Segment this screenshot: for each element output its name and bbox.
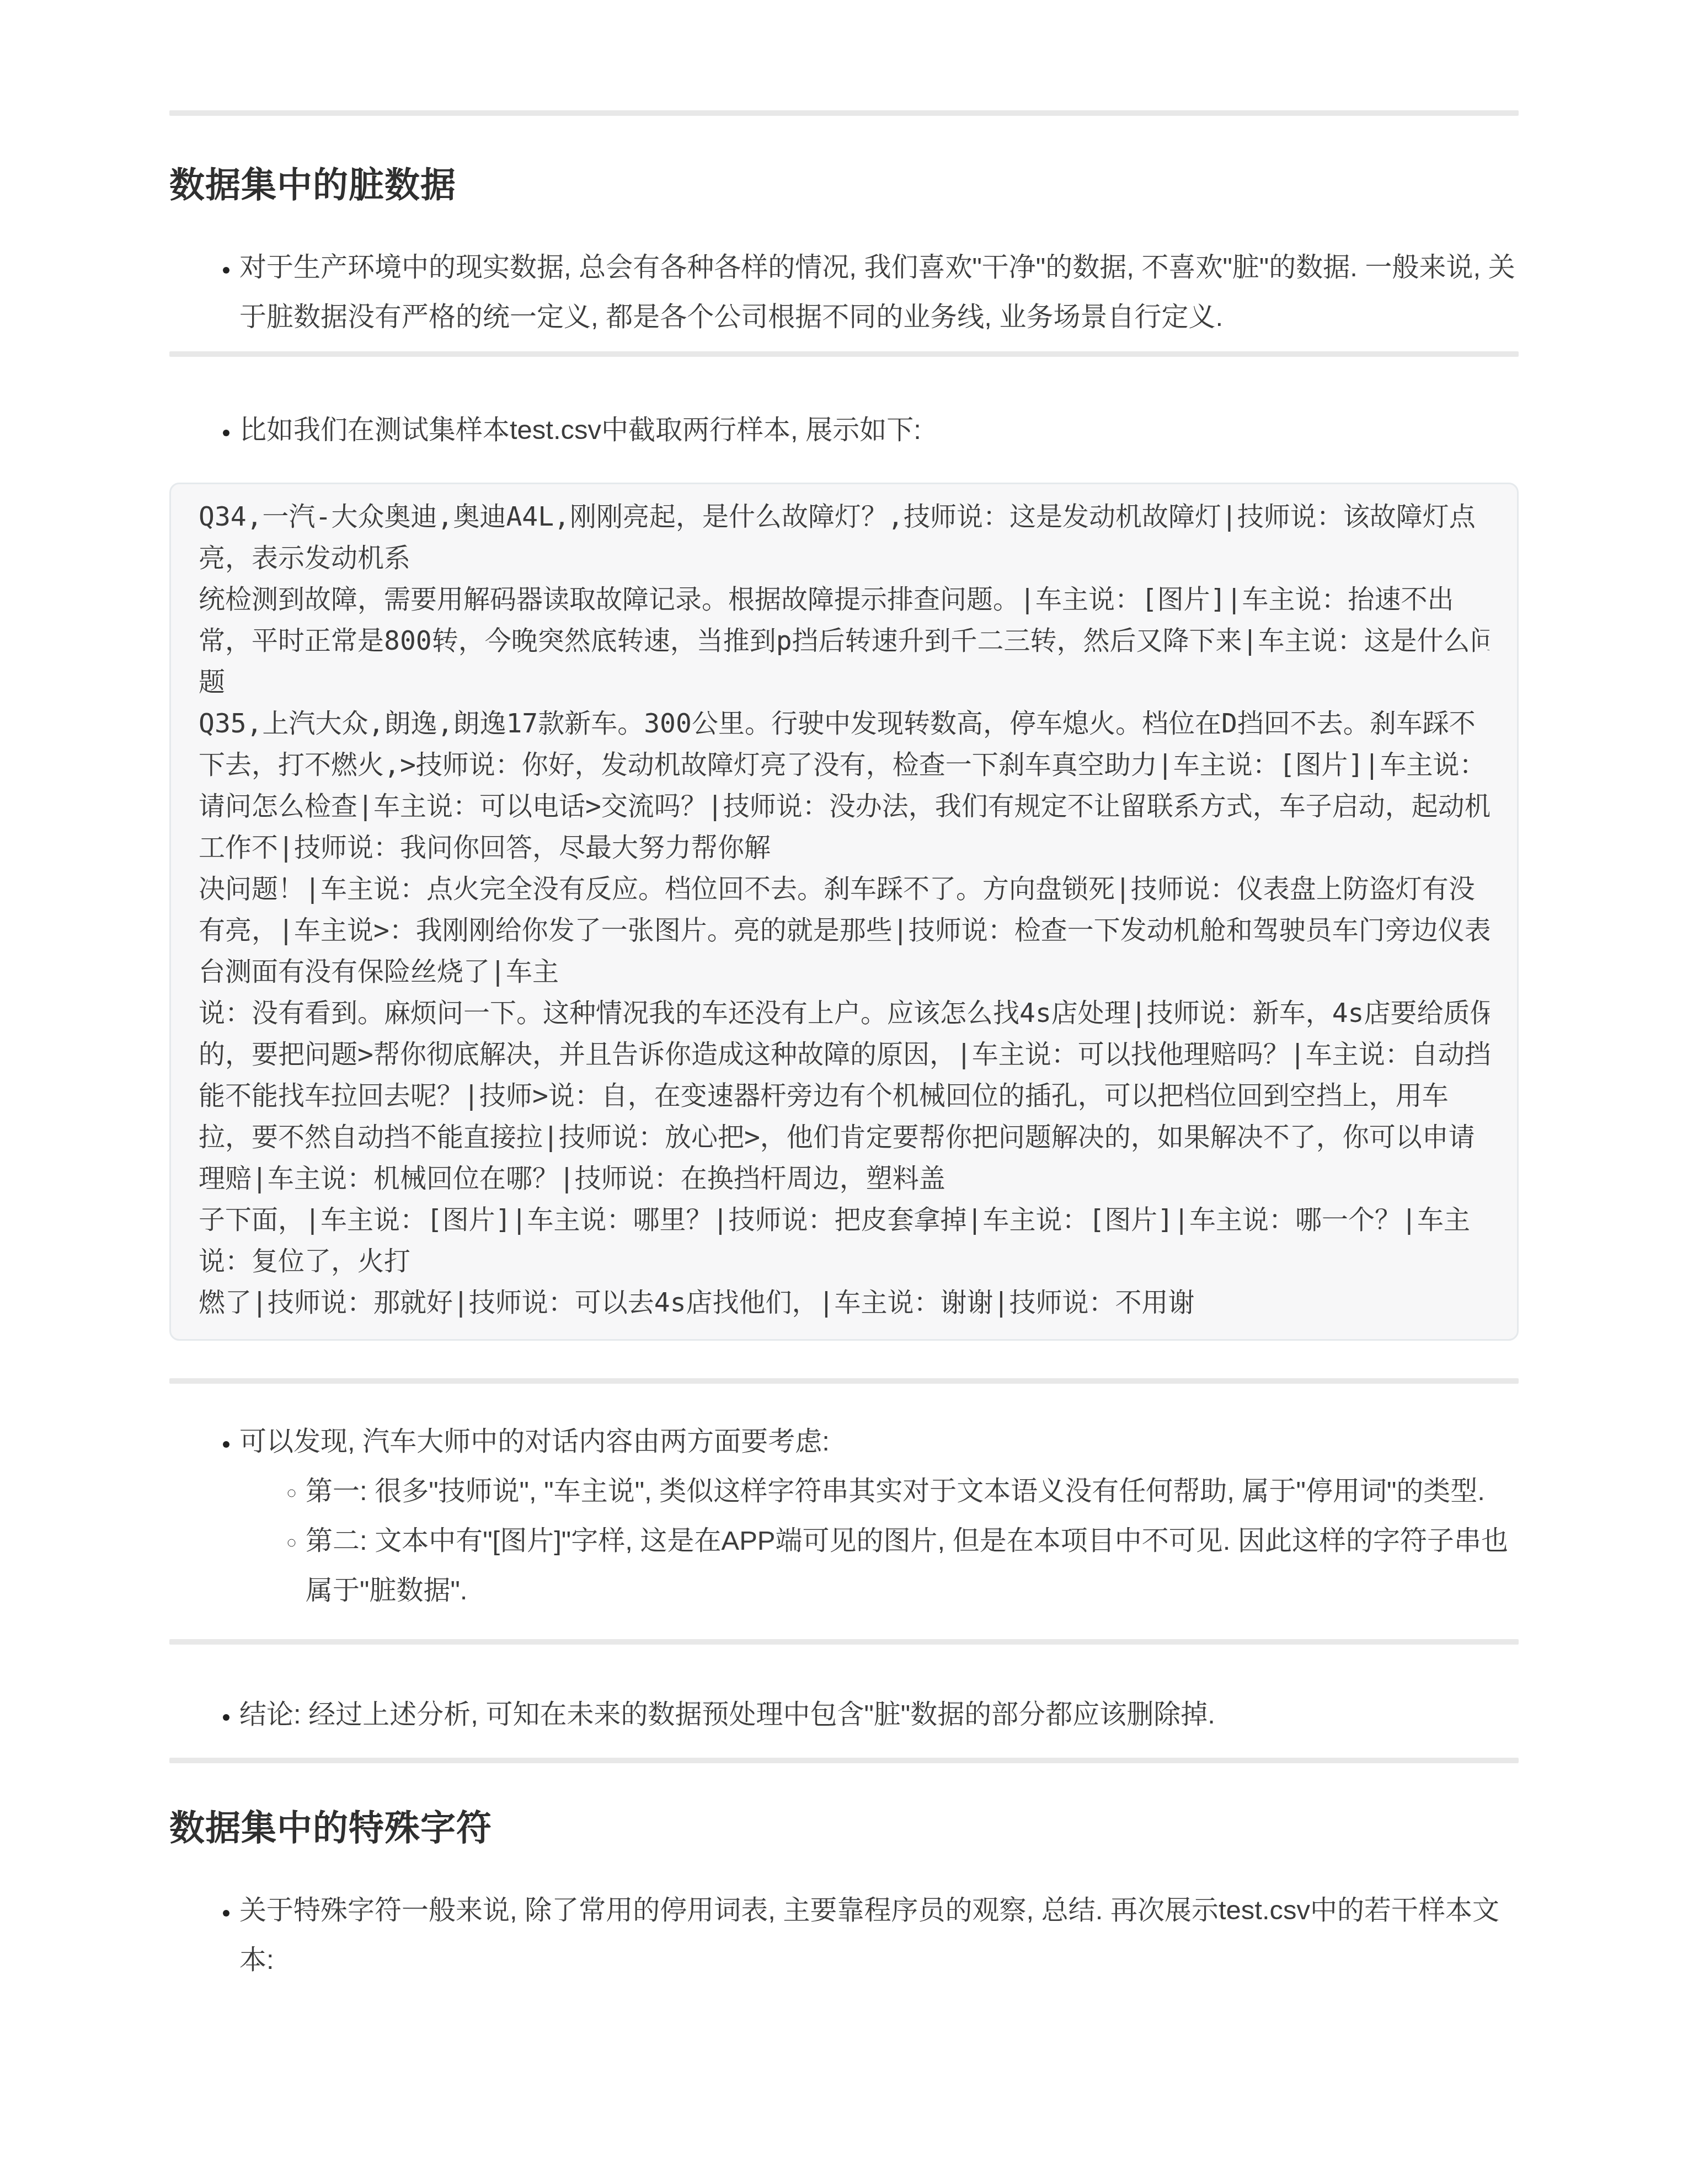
bullet-item-sample-intro: 比如我们在测试集样本test.csv中截取两行样本, 展示如下: bbox=[239, 405, 1519, 455]
bullet-list-special: 关于特殊字符一般来说, 除了常用的停用词表, 主要靠程序员的观察, 总结. 再次… bbox=[169, 1886, 1519, 1985]
bullet-list-observation: 可以发现, 汽车大师中的对话内容由两方面要考虑: 第一: 很多"技师说", "车… bbox=[169, 1417, 1519, 1615]
sub-bullet-item-second: 第二: 文本中有"[图片]"字样, 这是在APP端可见的图片, 但是在本项目中不… bbox=[306, 1516, 1519, 1615]
document-page: 数据集中的脏数据 对于生产环境中的现实数据, 总会有各种各样的情况, 我们喜欢"… bbox=[0, 0, 1688, 2184]
sub-bullet-list: 第一: 很多"技师说", "车主说", 类似这样字符串其实对于文本语义没有任何帮… bbox=[239, 1466, 1519, 1615]
document-content: 数据集中的脏数据 对于生产环境中的现实数据, 总会有各种各样的情况, 我们喜欢"… bbox=[169, 110, 1519, 1985]
code-line: 题 bbox=[199, 662, 1489, 703]
bullet-item-special-intro: 关于特殊字符一般来说, 除了常用的停用词表, 主要靠程序员的观察, 总结. 再次… bbox=[239, 1886, 1519, 1985]
code-line: 说：没有看到。麻烦问一下。这种情况我的车还没有上户。应该怎么找4s店处理|技师说… bbox=[199, 993, 1489, 1034]
cell-divider bbox=[169, 1639, 1519, 1645]
code-line: 工作不|技师说：我问你回答，尽最大努力帮你解 bbox=[199, 827, 1489, 869]
cell-divider bbox=[169, 1378, 1519, 1384]
heading-dirty-data: 数据集中的脏数据 bbox=[169, 157, 1519, 212]
code-line: 有亮，|车主说>：我刚刚给你发了一张图片。亮的就是那些|技师说：检查一下发动机舱… bbox=[199, 910, 1489, 951]
cell-divider bbox=[169, 351, 1519, 357]
cell-divider bbox=[169, 1758, 1519, 1763]
code-line: 能不能找车拉回去呢？|技师>说：自，在变速器杆旁边有个机械回位的插孔，可以把档位… bbox=[199, 1075, 1489, 1117]
code-line: 的，要把问题>帮你彻底解决，并且告诉你造成这种故障的原因，|车主说：可以找他理赔… bbox=[199, 1034, 1489, 1075]
code-line: 理赔|车主说：机械回位在哪？|技师说：在换挡杆周边，塑料盖 bbox=[199, 1158, 1489, 1200]
code-block: Q34,一汽-大众奥迪,奥迪A4L,刚刚亮起，是什么故障灯？,技师说：这是发动机… bbox=[169, 483, 1519, 1341]
code-line: 下去，打不燃火,>技师说：你好，发动机故障灯亮了没有，检查一下刹车真空助力|车主… bbox=[199, 745, 1489, 786]
bullet-item-observation: 可以发现, 汽车大师中的对话内容由两方面要考虑: 第一: 很多"技师说", "车… bbox=[239, 1417, 1519, 1615]
bullet-list-conclusion: 结论: 经过上述分析, 可知在未来的数据预处理中包含"脏"数据的部分都应该删除掉… bbox=[169, 1690, 1519, 1739]
code-line: Q34,一汽-大众奥迪,奥迪A4L,刚刚亮起，是什么故障灯？,技师说：这是发动机… bbox=[199, 496, 1489, 538]
code-line: 决问题！|车主说：点火完全没有反应。档位回不去。刹车踩不了。方向盘锁死|技师说：… bbox=[199, 869, 1489, 910]
observation-text: 可以发现, 汽车大师中的对话内容由两方面要考虑: bbox=[239, 1427, 830, 1457]
sub-bullet-item-first: 第一: 很多"技师说", "车主说", 类似这样字符串其实对于文本语义没有任何帮… bbox=[306, 1466, 1519, 1516]
code-line: 亮，表示发动机系 bbox=[199, 538, 1489, 579]
bullet-list-intro: 对于生产环境中的现实数据, 总会有各种各样的情况, 我们喜欢"干净"的数据, 不… bbox=[169, 243, 1519, 342]
code-line: 常，平时正常是800转，今晚突然底转速，当推到p挡后转速升到千二三转，然后又降下… bbox=[199, 620, 1489, 662]
code-line: 拉，要不然自动挡不能直接拉|技师说：放心把>，他们肯定要帮你把问题解决的，如果解… bbox=[199, 1117, 1489, 1158]
code-line: 台测面有没有保险丝烧了|车主 bbox=[199, 951, 1489, 993]
code-line: 燃了|技师说：那就好|技师说：可以去4s店找他们，|车主说：谢谢|技师说：不用谢 bbox=[199, 1282, 1489, 1324]
bullet-list-sample: 比如我们在测试集样本test.csv中截取两行样本, 展示如下: bbox=[169, 405, 1519, 455]
code-line: 说：复位了，火打 bbox=[199, 1241, 1489, 1282]
cell-divider bbox=[169, 110, 1519, 116]
code-line: 统检测到故障，需要用解码器读取故障记录。根据故障提示排查问题。|车主说：[图片]… bbox=[199, 579, 1489, 620]
code-line: Q35,上汽大众,朗逸,朗逸17款新车。300公里。行驶中发现转数高，停车熄火。… bbox=[199, 703, 1489, 745]
heading-special-chars: 数据集中的特殊字符 bbox=[169, 1800, 1519, 1855]
code-line: 子下面，|车主说：[图片]|车主说：哪里？|技师说：把皮套拿掉|车主说：[图片]… bbox=[199, 1200, 1489, 1241]
bullet-item-conclusion: 结论: 经过上述分析, 可知在未来的数据预处理中包含"脏"数据的部分都应该删除掉… bbox=[239, 1690, 1519, 1739]
bullet-item-intro: 对于生产环境中的现实数据, 总会有各种各样的情况, 我们喜欢"干净"的数据, 不… bbox=[239, 243, 1519, 342]
code-line: 请问怎么检查|车主说：可以电话>交流吗？|技师说：没办法，我们有规定不让留联系方… bbox=[199, 786, 1489, 827]
